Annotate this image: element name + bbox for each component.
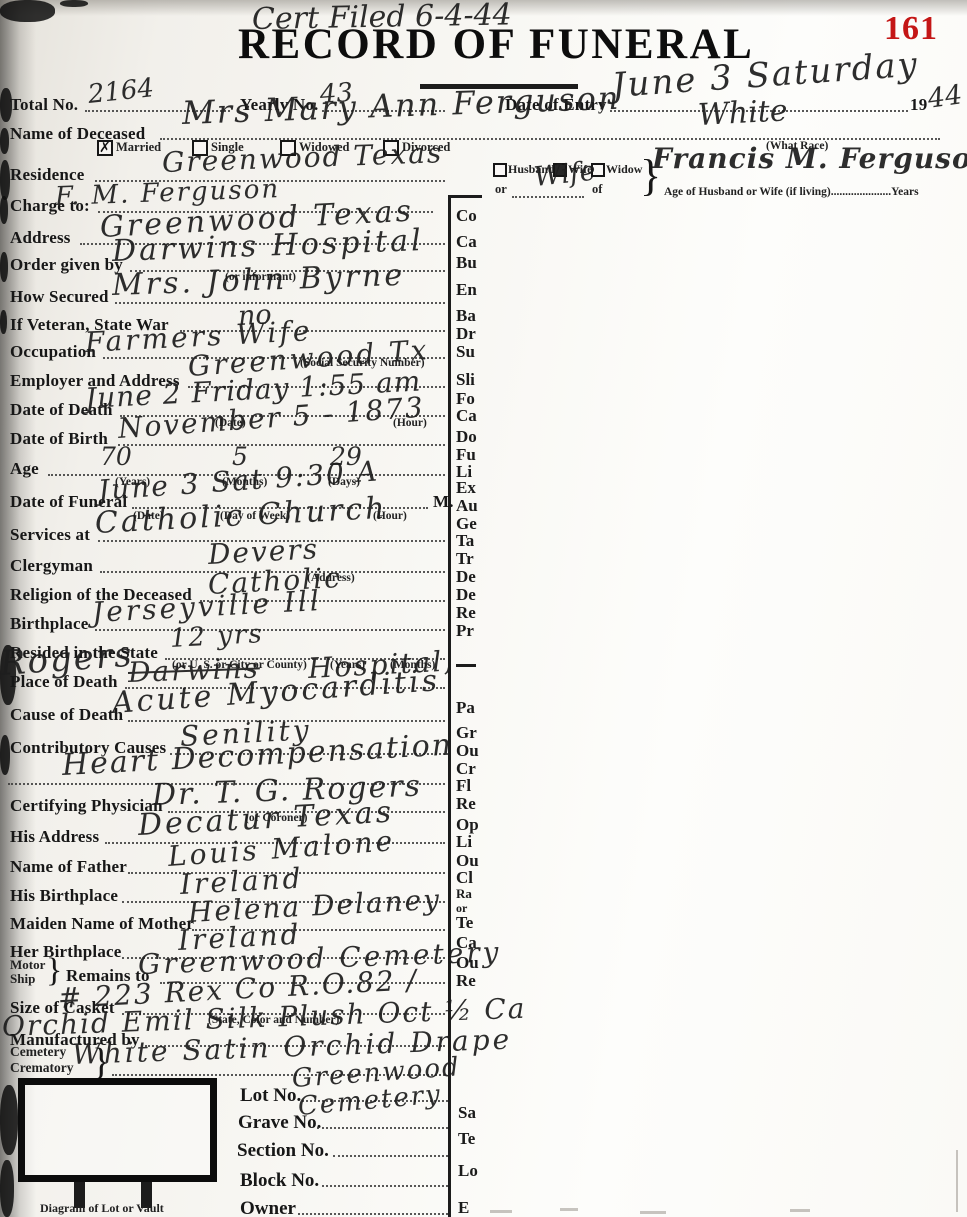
field-value-age-years: 70 bbox=[100, 442, 132, 471]
field-label-birthplace: Birthplace bbox=[10, 614, 89, 634]
field-label-section-no: Section No. bbox=[237, 1140, 329, 1162]
field-label-clergyman: Clergyman bbox=[10, 556, 93, 576]
scan-smudge bbox=[0, 252, 8, 282]
cutoff-label: Lo bbox=[458, 1161, 478, 1181]
cutoff-label: Co bbox=[456, 206, 477, 226]
field-value-resided: 12 yrs bbox=[169, 619, 264, 654]
cutoff-label: Te bbox=[456, 913, 473, 933]
dotted-leader bbox=[115, 302, 445, 304]
scan-mark bbox=[640, 1211, 666, 1214]
scan-right-line bbox=[956, 1150, 958, 1212]
field-value-race: White bbox=[697, 93, 788, 133]
cutoff-label: Ex bbox=[456, 478, 476, 498]
checkbox-label-married: Married bbox=[116, 140, 161, 155]
field-label-his-birthplace: His Birthplace bbox=[10, 886, 118, 906]
cutoff-label: Ca bbox=[456, 232, 477, 252]
cutoff-label: Pr bbox=[456, 621, 474, 641]
checkbox-husband bbox=[493, 163, 507, 177]
printed-age-of-spouse-line: Age of Husband or Wife (if living)......… bbox=[664, 186, 919, 198]
column-dash bbox=[456, 664, 476, 667]
cutoff-label: Te bbox=[458, 1129, 475, 1149]
dotted-leader bbox=[95, 629, 445, 631]
field-label-his-address: His Address bbox=[10, 827, 99, 847]
field-value-name-of-deceased: Mrs Mary Ann Ferguson bbox=[181, 79, 621, 132]
printed-cemetery: Cemetery bbox=[10, 1044, 66, 1060]
cutoff-label: Pa bbox=[456, 698, 475, 718]
checkbox-married bbox=[97, 140, 113, 156]
field-label-name-of-father: Name of Father bbox=[10, 857, 127, 877]
cutoff-label: Ba bbox=[456, 306, 476, 326]
field-label-block-no: Block No. bbox=[240, 1170, 319, 1192]
scan-mark bbox=[790, 1209, 810, 1212]
printed-year-prefix: 19 bbox=[910, 95, 927, 115]
lot-diagram bbox=[18, 1078, 217, 1182]
scan-smudge bbox=[0, 160, 10, 200]
scan-smudge bbox=[0, 128, 9, 154]
cutoff-label: Ou bbox=[456, 953, 479, 973]
field-value-relationship: Wife bbox=[532, 156, 597, 193]
cutoff-label: Re bbox=[456, 971, 476, 991]
field-label-order-given-by: Order given by bbox=[10, 255, 123, 275]
scan-smudge bbox=[0, 196, 8, 224]
scan-smudge bbox=[60, 0, 88, 7]
cutoff-label: De bbox=[456, 567, 476, 587]
cutoff-label: Su bbox=[456, 342, 475, 362]
cutoff-label: Ta bbox=[456, 531, 474, 551]
cutoff-label: Sli bbox=[456, 370, 475, 390]
dotted-leader bbox=[298, 1213, 448, 1215]
cutoff-label: Dr bbox=[456, 324, 476, 344]
scan-smudge bbox=[0, 0, 55, 22]
field-label-place-of-death: Place of Death bbox=[10, 672, 118, 692]
cutoff-label: En bbox=[456, 280, 477, 300]
printed-meridiem: M. bbox=[433, 492, 454, 512]
cutoff-label: Ca bbox=[456, 933, 477, 953]
field-label-address: Address bbox=[10, 228, 71, 248]
field-label-owner: Owner bbox=[240, 1198, 296, 1217]
cutoff-label: Gr bbox=[456, 723, 477, 743]
field-label-age: Age bbox=[10, 459, 39, 479]
cutoff-label: Do bbox=[456, 427, 477, 447]
cutoff-label: Fl bbox=[456, 776, 471, 796]
scan-smudge bbox=[0, 310, 7, 334]
field-label-how-secured: How Secured bbox=[10, 287, 109, 307]
dotted-leader bbox=[118, 444, 445, 446]
cutoff-label: Bu bbox=[456, 253, 477, 273]
column-rule-tick bbox=[448, 195, 482, 198]
checkbox-label-widow: Widow bbox=[606, 162, 642, 177]
scan-mark bbox=[490, 1210, 512, 1213]
cutoff-label: Ou bbox=[456, 741, 479, 761]
field-label-services-at: Services at bbox=[10, 525, 90, 545]
cutoff-label: De bbox=[456, 585, 476, 605]
dotted-leader bbox=[322, 1185, 448, 1187]
field-label-maiden-name: Maiden Name of Mother bbox=[10, 914, 194, 934]
field-value-spouse-name: Francis M. Ferguson bbox=[652, 142, 967, 175]
cutoff-label: Re bbox=[456, 794, 476, 814]
field-label-cause-of-death: Cause of Death bbox=[10, 705, 123, 725]
field-value-entry-year: 44 bbox=[926, 79, 964, 114]
dotted-leader bbox=[317, 1127, 448, 1129]
cutoff-label: Re bbox=[456, 603, 476, 623]
lot-diagram-caption: Diagram of Lot or Vault bbox=[40, 1201, 164, 1216]
cutoff-label: E bbox=[458, 1198, 469, 1217]
cutoff-label: Cl bbox=[456, 868, 473, 888]
scan-smudge bbox=[0, 1160, 14, 1217]
scan-mark bbox=[560, 1208, 578, 1211]
printed-or: or bbox=[495, 182, 507, 197]
cutoff-label: Ra bbox=[456, 886, 472, 902]
page-number-stamp: 161 bbox=[884, 10, 938, 48]
field-label-total-no: Total No. bbox=[10, 95, 78, 115]
scan-smudge bbox=[0, 1085, 18, 1155]
cutoff-label: Li bbox=[456, 832, 472, 852]
funeral-record-page: Cert Filed 6-4-44 RECORD OF FUNERAL 161 … bbox=[0, 0, 967, 1217]
field-label-occupation: Occupation bbox=[10, 342, 96, 362]
printed-ship: Ship bbox=[10, 971, 35, 987]
dotted-leader bbox=[512, 196, 584, 198]
printed-crematory: Crematory bbox=[10, 1060, 73, 1076]
field-value-total-no: 2164 bbox=[86, 73, 155, 110]
scan-smudge bbox=[0, 735, 10, 775]
field-label-date-of-birth: Date of Birth bbox=[10, 429, 108, 449]
dotted-leader bbox=[333, 1155, 448, 1157]
cutoff-label: Au bbox=[456, 496, 478, 516]
cutoff-label: Sa bbox=[458, 1103, 476, 1123]
cutoff-label: Tr bbox=[456, 549, 474, 569]
cutoff-label: Ca bbox=[456, 406, 477, 426]
